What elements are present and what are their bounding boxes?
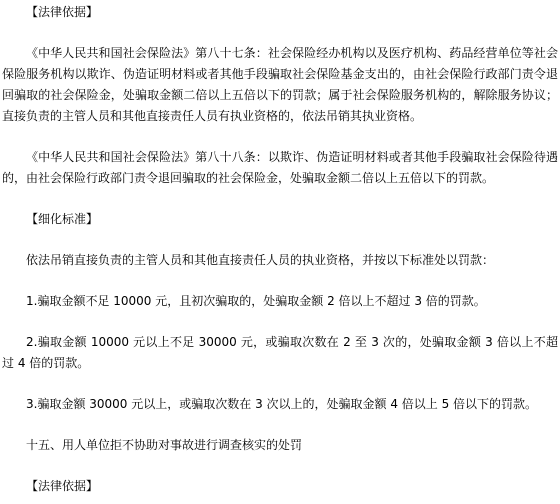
- paragraph-law-article-87: 《中华人民共和国社会保险法》第八十七条：社会保险经办机构以及医疗机构、药品经营单…: [2, 43, 558, 127]
- paragraph-item-15-title: 十五、用人单位拒不协助对事故进行调查核实的处罚: [2, 435, 558, 456]
- section-heading-legal-basis-2: 【法律依据】: [2, 476, 558, 497]
- list-item-penalty-tier-2: 2.骗取金额 10000 元以上不足 30000 元，或骗取次数在 2 至 3 …: [2, 332, 558, 374]
- paragraph-law-article-88: 《中华人民共和国社会保险法》第八十八条：以欺诈、伪造证明材料或者其他手段骗取社会…: [2, 147, 558, 189]
- list-item-penalty-tier-3: 3.骗取金额 30000 元以上，或骗取次数在 3 次以上的，处骗取金额 4 倍…: [2, 394, 558, 415]
- section-heading-legal-basis: 【法律依据】: [2, 2, 558, 23]
- paragraph-standards-intro: 依法吊销直接负责的主管人员和其他直接责任人员的执业资格，并按以下标准处以罚款：: [2, 250, 558, 271]
- section-heading-refined-standards: 【细化标准】: [2, 209, 558, 230]
- list-item-penalty-tier-1: 1.骗取金额不足 10000 元，且初次骗取的，处骗取金额 2 倍以上不超过 3…: [2, 291, 558, 312]
- legal-document: 【法律依据】 《中华人民共和国社会保险法》第八十七条：社会保险经办机构以及医疗机…: [0, 0, 560, 497]
